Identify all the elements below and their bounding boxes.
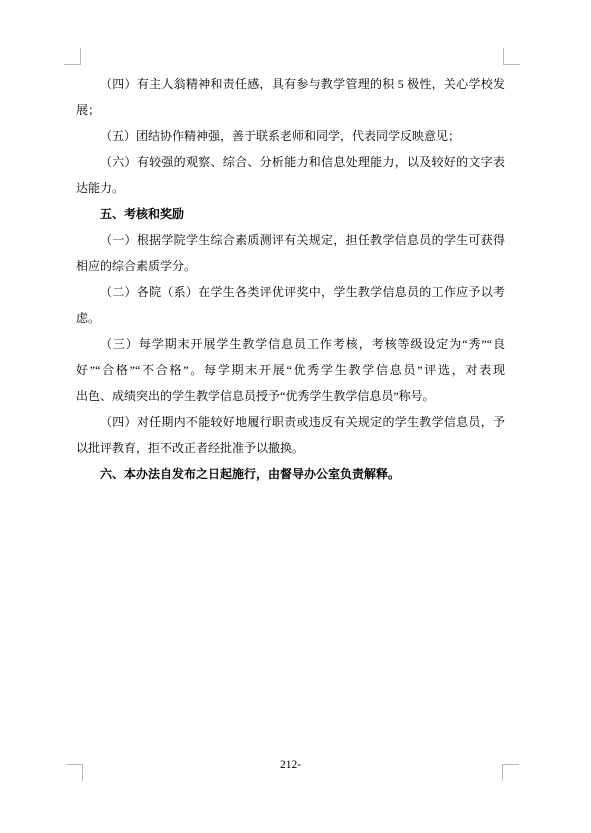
text-line: 以批评教育，拒不改正者经批准予以撤换。: [76, 435, 505, 461]
page-number: 212-: [76, 757, 505, 773]
text-line: （四）对任期内不能较好地履行职责或违反有关规定的学生教学信息员，予: [76, 409, 505, 435]
text-line: （三）每学期末开展学生教学信息员工作考核，考核等级设定为“秀”“良: [76, 331, 505, 357]
text-line: 好”“合格”“不合格”。每学期末开展“优秀学生教学信息员”评选，对表现: [76, 357, 505, 383]
document-body: （四）有主人翁精神和责任感，具有参与教学管理的积 5 极性，关心学校发 展； （…: [76, 71, 505, 487]
text-line: （一）根据学院学生综合素质测评有关规定，担任教学信息员的学生可获得: [76, 227, 505, 253]
crop-mark-top-left: [64, 48, 81, 65]
text-line: 出色、成绩突出的学生教学信息员授予“优秀学生教学信息员”称号。: [76, 383, 505, 409]
text-line: 达能力。: [76, 175, 505, 201]
text-line: （四）有主人翁精神和责任感，具有参与教学管理的积 5 极性，关心学校发: [76, 71, 505, 97]
text-line: 虑。: [76, 305, 505, 331]
crop-mark-top-right: [503, 48, 520, 65]
text-line: 相应的综合素质学分。: [76, 253, 505, 279]
text-line: （五）团结协作精神强，善于联系老师和同学，代表同学反映意见；: [76, 123, 505, 149]
text-line: （六）有较强的观察、综合、分析能力和信息处理能力，以及较好的文字表: [76, 149, 505, 175]
section-heading: 五、考核和奖励: [76, 201, 505, 227]
text-line: （二）各院（系）在学生各类评优评奖中，学生教学信息员的工作应予以考: [76, 279, 505, 305]
section-heading: 六、本办法自发布之日起施行，由督导办公室负责解释。: [76, 461, 505, 487]
text-line: 展；: [76, 97, 505, 123]
document-page: （四）有主人翁精神和责任感，具有参与教学管理的积 5 极性，关心学校发 展； （…: [0, 0, 591, 833]
